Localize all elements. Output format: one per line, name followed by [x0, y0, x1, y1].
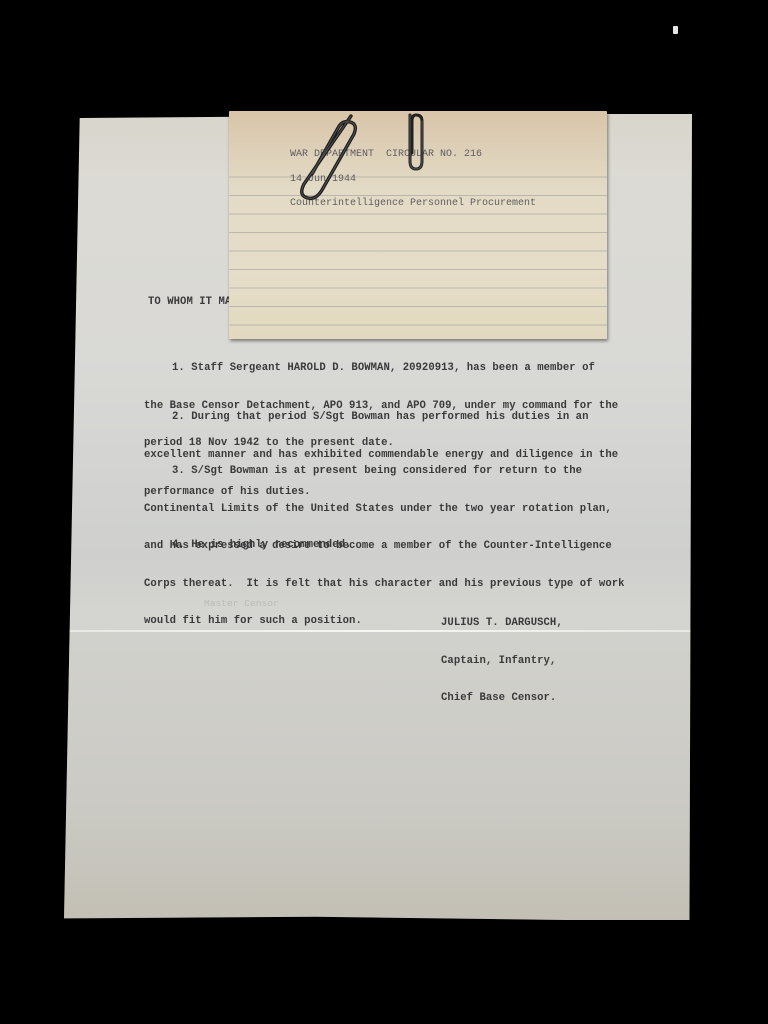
paragraph-line: He is highly recommended. [191, 539, 351, 551]
paragraph-line: Corps thereat. It is felt that his chara… [144, 578, 625, 591]
paragraph-line: Staff Sergeant HAROLD D. BOWMAN, 2092091… [191, 362, 595, 374]
signatory-title: Chief Base Censor. [441, 692, 563, 705]
paragraph-number: 3. [172, 465, 185, 477]
paragraph-number: 2. [172, 411, 185, 423]
paragraph-line: During that period S/Sgt Bowman has perf… [191, 411, 588, 423]
paperclip-icon [296, 112, 358, 200]
signatory-name: JULIUS T. DARGUSCH, [441, 617, 563, 630]
signature-block: JULIUS T. DARGUSCH, Captain, Infantry, C… [441, 592, 563, 730]
background-speck [673, 26, 678, 34]
card-ruled-lines [229, 159, 607, 339]
bleed-through-text: Master Censor [204, 598, 279, 611]
signatory-rank: Captain, Infantry, [441, 655, 563, 668]
paragraph-number: 1. [172, 362, 185, 374]
paperclip-icon [404, 113, 428, 171]
paragraph-4: 4. He is highly recommended. [144, 514, 351, 577]
lower-panel-shade [64, 632, 692, 920]
paragraph-line: S/Sgt Bowman is at present being conside… [191, 465, 582, 477]
paragraph-number: 4. [172, 539, 185, 551]
